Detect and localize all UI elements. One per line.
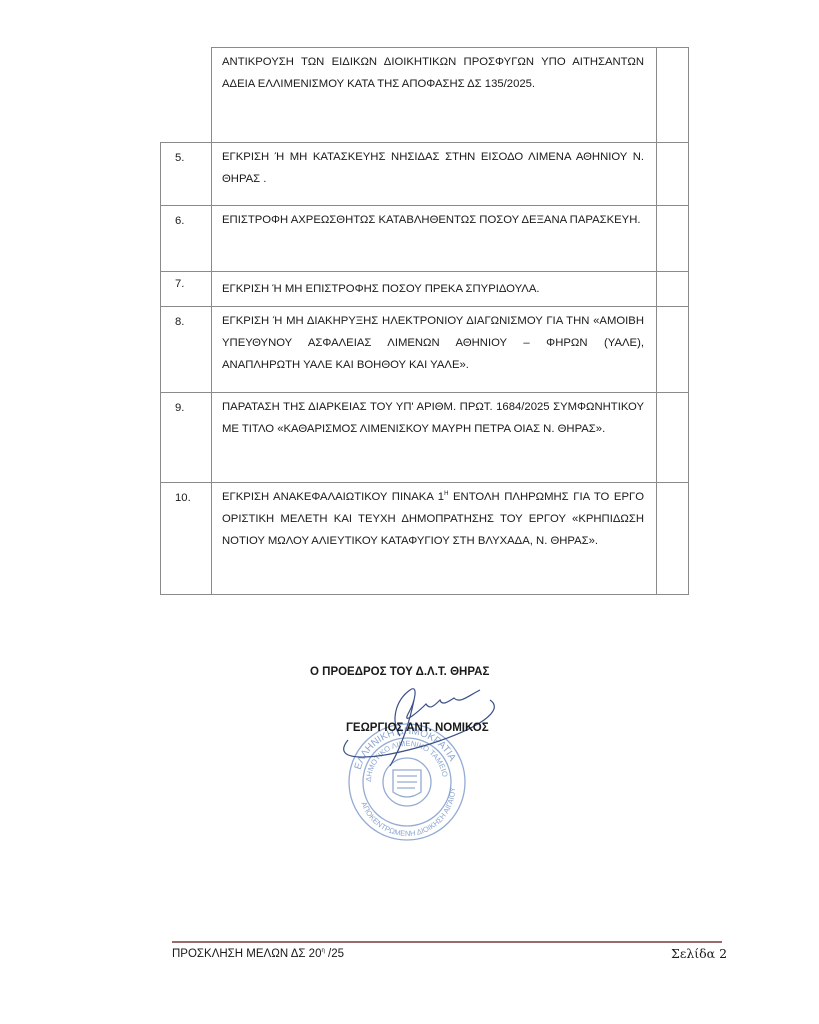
item-text: ΕΠΙΣΤΡΟΦΗ ΑΧΡΕΩΣΘΗΤΩΣ ΚΑΤΑΒΛΗΘΕΝΤΩΣ ΠΟΣΟ…	[212, 206, 657, 272]
item-number: 5.	[161, 143, 212, 206]
item-number	[161, 48, 212, 143]
agenda-row: 9. ΠΑΡΑΤΑΣΗ ΤΗΣ ΔΙΑΡΚΕΙΑΣ ΤΟΥ ΥΠ' ΑΡΙΘΜ.…	[161, 393, 689, 483]
agenda-row: 10. ΕΓΚΡΙΣΗ ΑΝΑΚΕΦΑΛΑΙΩΤΙΚΟΥ ΠΙΝΑΚΑ 1Η Ε…	[161, 483, 689, 595]
item-text: ΠΑΡΑΤΑΣΗ ΤΗΣ ΔΙΑΡΚΕΙΑΣ ΤΟΥ ΥΠ' ΑΡΙΘΜ. ΠΡ…	[212, 393, 657, 483]
signatory-name: ΓΕΩΡΓΙΟΣ ΑΝΤ. ΝΟΜΙΚΟΣ	[346, 722, 489, 734]
footer-document-title: ΠΡΟΣΚΛΗΣΗ ΜΕΛΩΝ ΔΣ 20η /25	[172, 948, 344, 960]
item-notes-cell	[657, 206, 689, 272]
agenda-row: 8. ΕΓΚΡΙΣΗ Ή ΜΗ ΔΙΑΚΗΡΥΞΗΣ ΗΛΕΚΤΡΟΝΙΟΥ Δ…	[161, 307, 689, 393]
item-text: ΕΓΚΡΙΣΗ Ή ΜΗ ΚΑΤΑΣΚΕΥΗΣ ΝΗΣΙΔΑΣ ΣΤΗΝ ΕΙΣ…	[212, 143, 657, 206]
item-text: ΕΓΚΡΙΣΗ ΑΝΑΚΕΦΑΛΑΙΩΤΙΚΟΥ ΠΙΝΑΚΑ 1Η ΕΝΤΟΛ…	[212, 483, 657, 595]
agenda-row: ΑΝΤΙΚΡΟΥΣΗ ΤΩΝ ΕΙΔΙΚΩΝ ΔΙΟΙΚΗΤΙΚΩΝ ΠΡΟΣΦ…	[161, 48, 689, 143]
item-notes-cell	[657, 393, 689, 483]
item-number: 10.	[161, 483, 212, 595]
item-text: ΕΓΚΡΙΣΗ Ή ΜΗ ΔΙΑΚΗΡΥΞΗΣ ΗΛΕΚΤΡΟΝΙΟΥ ΔΙΑΓ…	[212, 307, 657, 393]
item-text: ΑΝΤΙΚΡΟΥΣΗ ΤΩΝ ΕΙΔΙΚΩΝ ΔΙΟΙΚΗΤΙΚΩΝ ΠΡΟΣΦ…	[212, 48, 657, 143]
page-number: Σελίδα 2	[671, 946, 727, 961]
item-notes-cell	[657, 483, 689, 595]
item-notes-cell	[657, 48, 689, 143]
agenda-row: 5. ΕΓΚΡΙΣΗ Ή ΜΗ ΚΑΤΑΣΚΕΥΗΣ ΝΗΣΙΔΑΣ ΣΤΗΝ …	[161, 143, 689, 206]
item-notes-cell	[657, 307, 689, 393]
footer-divider	[172, 941, 722, 943]
agenda-row: 7. ΕΓΚΡΙΣΗ Ή ΜΗ ΕΠΙΣΤΡΟΦΗΣ ΠΟΣΟΥ ΠΡΕΚΑ Σ…	[161, 272, 689, 307]
item-number: 8.	[161, 307, 212, 393]
item-notes-cell	[657, 143, 689, 206]
agenda-table: ΑΝΤΙΚΡΟΥΣΗ ΤΩΝ ΕΙΔΙΚΩΝ ΔΙΟΙΚΗΤΙΚΩΝ ΠΡΟΣΦ…	[160, 47, 689, 595]
item-text: ΕΓΚΡΙΣΗ Ή ΜΗ ΕΠΙΣΤΡΟΦΗΣ ΠΟΣΟΥ ΠΡΕΚΑ ΣΠΥΡ…	[212, 272, 657, 307]
agenda-row: 6. ΕΠΙΣΤΡΟΦΗ ΑΧΡΕΩΣΘΗΤΩΣ ΚΑΤΑΒΛΗΘΕΝΤΩΣ Π…	[161, 206, 689, 272]
item-number: 7.	[161, 272, 212, 307]
item-number: 6.	[161, 206, 212, 272]
item-number: 9.	[161, 393, 212, 483]
item-notes-cell	[657, 272, 689, 307]
